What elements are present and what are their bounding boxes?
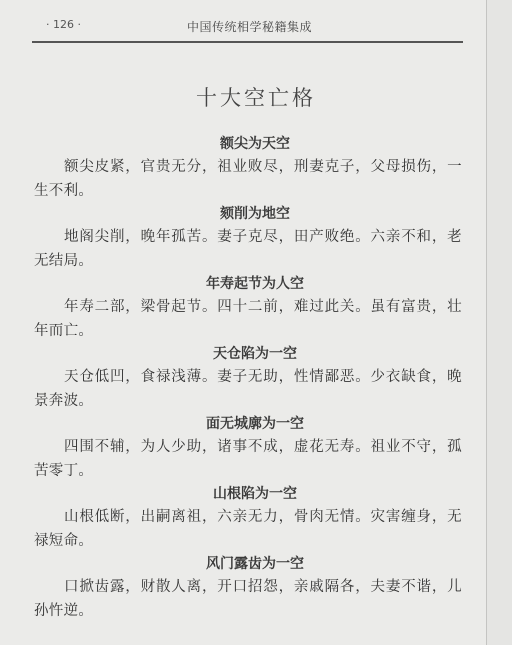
section: 风门露齿为一空 口掀齿露，财散人离，开口招怨，亲戚隔各，夫妻不谐，儿孙忤逆。 <box>34 553 462 623</box>
section: 面无城廓为一空 四围不辅，为人少助，诸事不成，虚花无寿。祖业不守，孤苦零丁。 <box>34 413 462 483</box>
section-title: 面无城廓为一空 <box>34 413 462 435</box>
section-title: 天仓陷为一空 <box>34 343 462 365</box>
chapter-title: 十大空亡格 <box>0 82 512 112</box>
section-body: 年寿二部，梁骨起节。四十二前，难过此关。虽有富贵，壮年而亡。 <box>34 295 462 343</box>
header-rule <box>32 41 463 43</box>
running-header: · 126 · 中国传统相学秘籍集成 <box>32 16 462 38</box>
section-body: 天仓低凹，食禄浅薄。妻子无助，性情鄙恶。少衣缺食，晚景奔波。 <box>34 365 462 413</box>
section-title: 年寿起节为人空 <box>34 273 462 295</box>
book-title: 中国传统相学秘籍集成 <box>187 18 312 35</box>
section-body: 口掀齿露，财散人离，开口招怨，亲戚隔各，夫妻不谐，儿孙忤逆。 <box>34 575 462 623</box>
section: 山根陷为一空 山根低断，出嗣离祖，六亲无力，骨肉无情。灾害缠身，无禄短命。 <box>34 483 462 553</box>
section-body: 山根低断，出嗣离祖，六亲无力，骨肉无情。灾害缠身，无禄短命。 <box>34 505 462 553</box>
section-title: 山根陷为一空 <box>34 483 462 505</box>
section: 天仓陷为一空 天仓低凹，食禄浅薄。妻子无助，性情鄙恶。少衣缺食，晚景奔波。 <box>34 343 462 413</box>
section-title: 额尖为天空 <box>34 133 462 155</box>
section-title: 风门露齿为一空 <box>34 553 462 575</box>
page-number: · 126 · <box>46 18 81 31</box>
page-content: 额尖为天空 额尖皮紧，官贵无分，祖业败尽，刑妻克子，父母损伤，一生不利。 颏削为… <box>34 133 462 623</box>
section-body: 四围不辅，为人少助，诸事不成，虚花无寿。祖业不守，孤苦零丁。 <box>34 435 462 483</box>
section: 颏削为地空 地阁尖削，晚年孤苦。妻子克尽，田产败绝。六亲不和，老无结局。 <box>34 203 462 273</box>
section: 额尖为天空 额尖皮紧，官贵无分，祖业败尽，刑妻克子，父母损伤，一生不利。 <box>34 133 462 203</box>
book-page: · 126 · 中国传统相学秘籍集成 十大空亡格 额尖为天空 额尖皮紧，官贵无分… <box>0 0 512 645</box>
section-body: 地阁尖削，晚年孤苦。妻子克尽，田产败绝。六亲不和，老无结局。 <box>34 225 462 273</box>
section-body: 额尖皮紧，官贵无分，祖业败尽，刑妻克子，父母损伤，一生不利。 <box>34 155 462 203</box>
section: 年寿起节为人空 年寿二部，梁骨起节。四十二前，难过此关。虽有富贵，壮年而亡。 <box>34 273 462 343</box>
section-title: 颏削为地空 <box>34 203 462 225</box>
